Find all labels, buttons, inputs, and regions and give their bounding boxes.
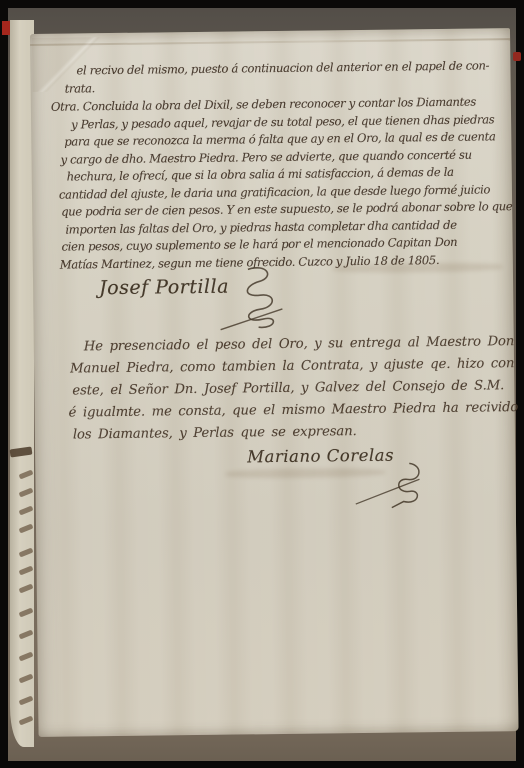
manuscript-line: que podria ser de cien pesos. Y en este …: [61, 199, 512, 219]
manuscript-line: este, el Señor Dn. Josef Portilla, y Gal…: [72, 378, 504, 398]
page-edge-ink-fragment: [19, 652, 34, 662]
page-edge-ink-fragment: [19, 608, 34, 618]
manuscript-line: cien pesos, cuyo suplemento se le hará p…: [62, 235, 458, 254]
ink-bleedthrough: [333, 262, 503, 273]
manuscript-line: Manuel Piedra, como tambien la Contrata,…: [70, 356, 514, 376]
manuscript-photo: el recivo del mismo, puesto á continuaci…: [0, 0, 524, 768]
page-edge-ink-fragment: [19, 470, 34, 480]
signature-rubric-flourish: [218, 263, 289, 340]
page-edge-ink-fragment: [19, 696, 34, 706]
page-edge-ink-fragment: [19, 584, 34, 594]
page-edge-ink-fragment: [19, 548, 34, 558]
page-edge-ink-fragment: [19, 630, 34, 640]
manuscript-line: el recivo del mismo, puesto á continuaci…: [76, 58, 489, 77]
manuscript-line: y cargo de dho. Maestro Piedra. Pero se …: [60, 148, 471, 167]
signature-rubric-flourish: [351, 457, 426, 514]
signature-josef-portilla: Josef Portilla: [99, 276, 229, 300]
manuscript-line: y Perlas, y pesado aquel, revajar de su …: [71, 112, 494, 131]
manuscript-line: para que se reconozca la merma ó falta q…: [64, 129, 495, 148]
red-marker-right: [513, 52, 521, 61]
page-edge-ink-fragment: [19, 566, 34, 576]
manuscript-line: importen las faltas del Oro, y piedras h…: [65, 218, 456, 237]
manuscript-line: cantidad del ajuste, le daria una gratif…: [59, 182, 490, 201]
manuscript-line: Otra. Concluida la obra del Dixil, se de…: [51, 95, 476, 114]
manuscript-line: trata.: [65, 81, 95, 95]
page-edge-ink-fragment: [19, 524, 34, 534]
page-edge-ink-fragment: [10, 447, 33, 458]
manuscript-page: el recivo del mismo, puesto á continuaci…: [30, 28, 519, 737]
manuscript-line: He presenciado el peso del Oro, y su ent…: [84, 334, 515, 354]
manuscript-line: hechura, le ofrecí, que si la obra salia…: [67, 165, 454, 184]
page-edge-ink-fragment: [19, 674, 34, 684]
page-edge-ink-fragment: [19, 488, 34, 498]
manuscript-line: é igualmte. me consta, que el mismo Maes…: [69, 400, 519, 420]
page-edge-ink-fragment: [19, 716, 34, 726]
page-edge-ink-fragment: [19, 506, 34, 516]
manuscript-line: los Diamantes, y Perlas que se expresan.: [73, 424, 357, 442]
